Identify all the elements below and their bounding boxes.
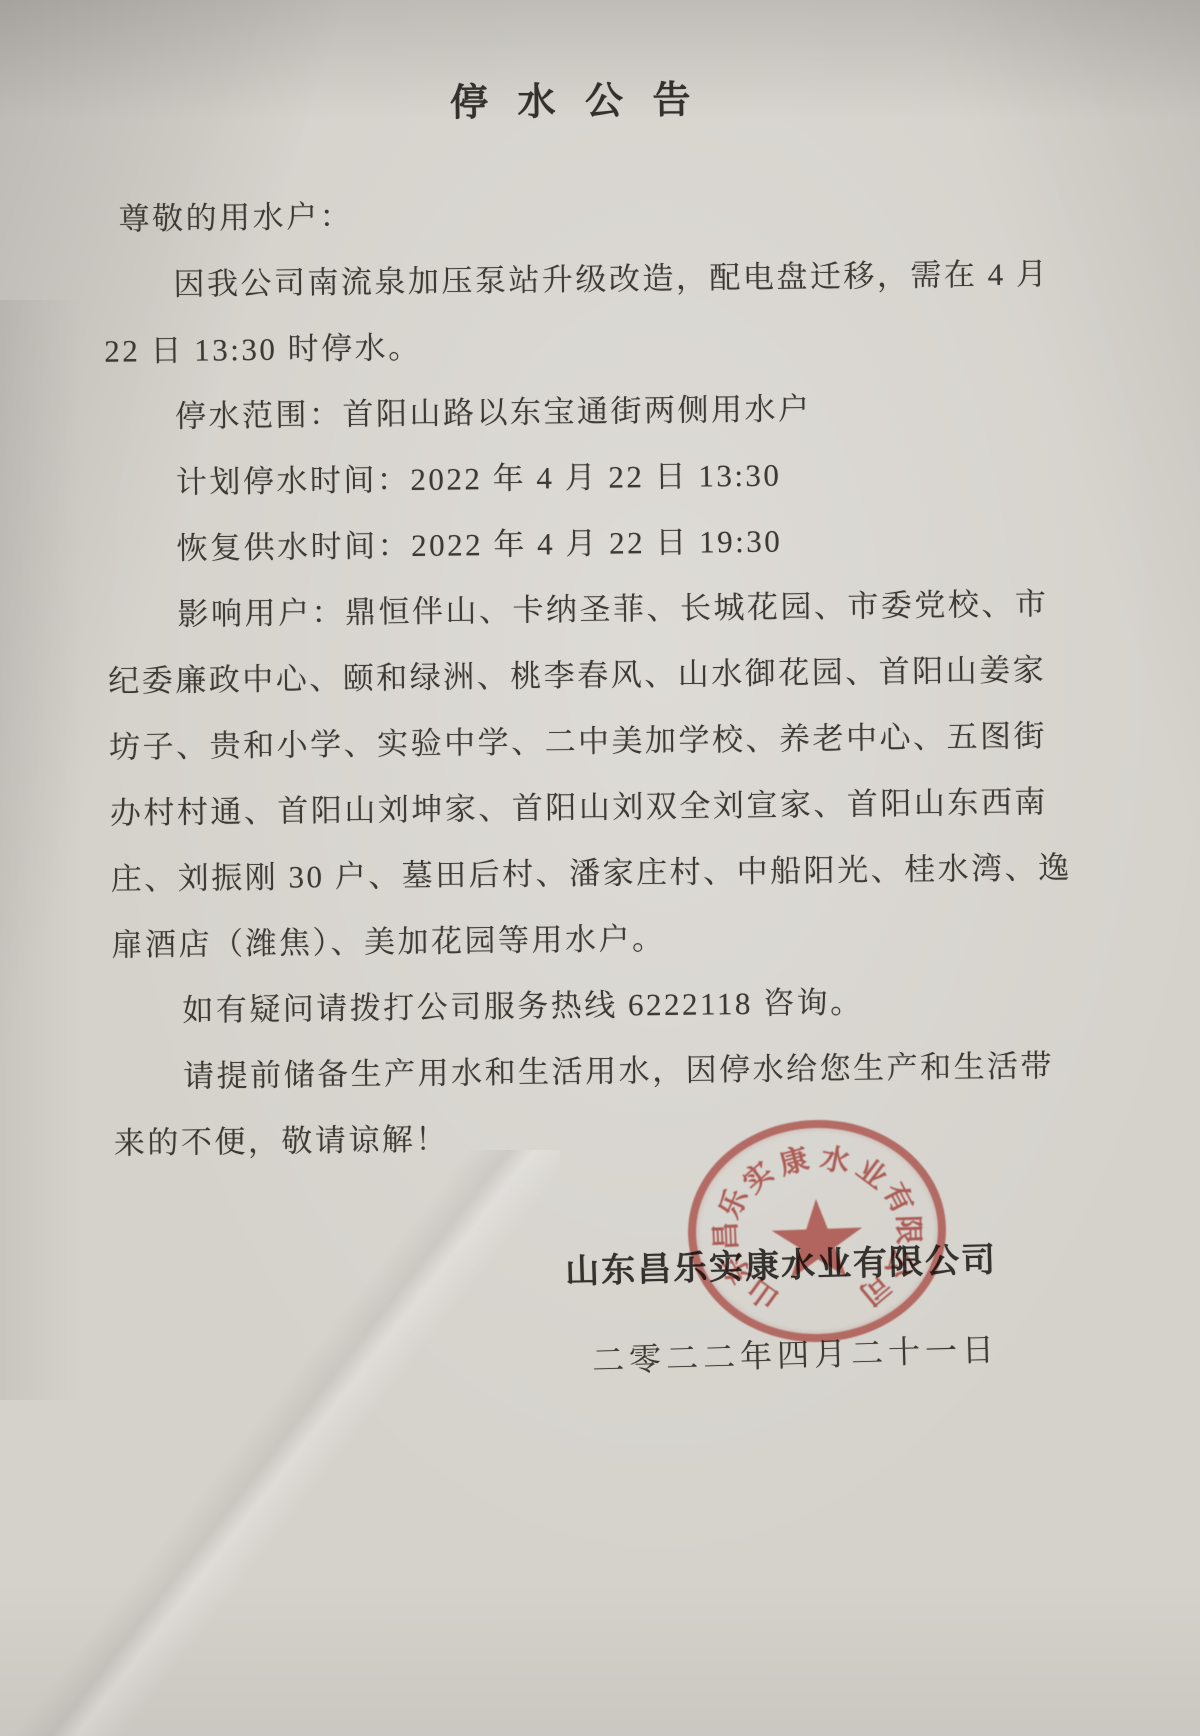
body-line: 恢复供水时间：2022 年 4 月 22 日 19:30 bbox=[106, 505, 1055, 583]
body-line: 影响用户：鼎恒伴山、卡纳圣菲、长城花园、市委党校、市 bbox=[107, 571, 1056, 649]
body-line: 22 日 13:30 时停水。 bbox=[104, 307, 1053, 385]
document-body: 因我公司南流泉加压泵站升级改造，配电盘迁移，需在 4 月22 日 13:30 时… bbox=[103, 241, 1062, 1177]
body-line: 纪委廉政中心、颐和绿洲、桃李春风、山水御花园、首阳山姜家 bbox=[108, 637, 1057, 715]
document-content: 停 水 公 告 尊敬的用水户： 因我公司南流泉加压泵站升级改造，配电盘迁移，需在… bbox=[100, 0, 1062, 1177]
notice-photo: 停 水 公 告 尊敬的用水户： 因我公司南流泉加压泵站升级改造，配电盘迁移，需在… bbox=[0, 0, 1200, 1736]
company-seal: ★ 山东昌乐实康水业有限公司 bbox=[684, 1116, 950, 1347]
body-line: 办村村通、首阳山刘坤家、首阳山刘双全刘宣家、首阳山东西南 bbox=[110, 769, 1059, 847]
body-line: 因我公司南流泉加压泵站升级改造，配电盘迁移，需在 4 月 bbox=[103, 241, 1052, 319]
body-line: 坊子、贵和小学、实验中学、二中美加学校、养老中心、五图街 bbox=[109, 703, 1058, 781]
star-icon: ★ bbox=[763, 1184, 873, 1296]
seal-char: 限 bbox=[889, 1215, 931, 1245]
paper-edge-shadow bbox=[0, 300, 120, 1400]
body-line: 请提前储备生产用水和生活用水，因停水给您生产和生活带 bbox=[113, 1033, 1062, 1111]
document-title: 停 水 公 告 bbox=[101, 64, 1050, 131]
body-line: 计划停水时间：2022 年 4 月 22 日 13:30 bbox=[105, 439, 1054, 517]
body-line: 如有疑问请拨打公司服务热线 6222118 咨询。 bbox=[112, 967, 1061, 1045]
paper-fold-crease bbox=[0, 1150, 560, 1736]
seal-char: 昌 bbox=[703, 1221, 745, 1252]
body-line: 停水范围：首阳山路以东宝通街两侧用水户 bbox=[105, 373, 1054, 451]
body-line: 扉酒店（潍焦）、美加花园等用水户。 bbox=[111, 901, 1060, 979]
salutation: 尊敬的用水户： bbox=[102, 175, 1051, 253]
body-line: 庄、刘振刚 30 户、墓田后村、潘家庄村、中船阳光、桂水湾、逸 bbox=[110, 835, 1059, 913]
